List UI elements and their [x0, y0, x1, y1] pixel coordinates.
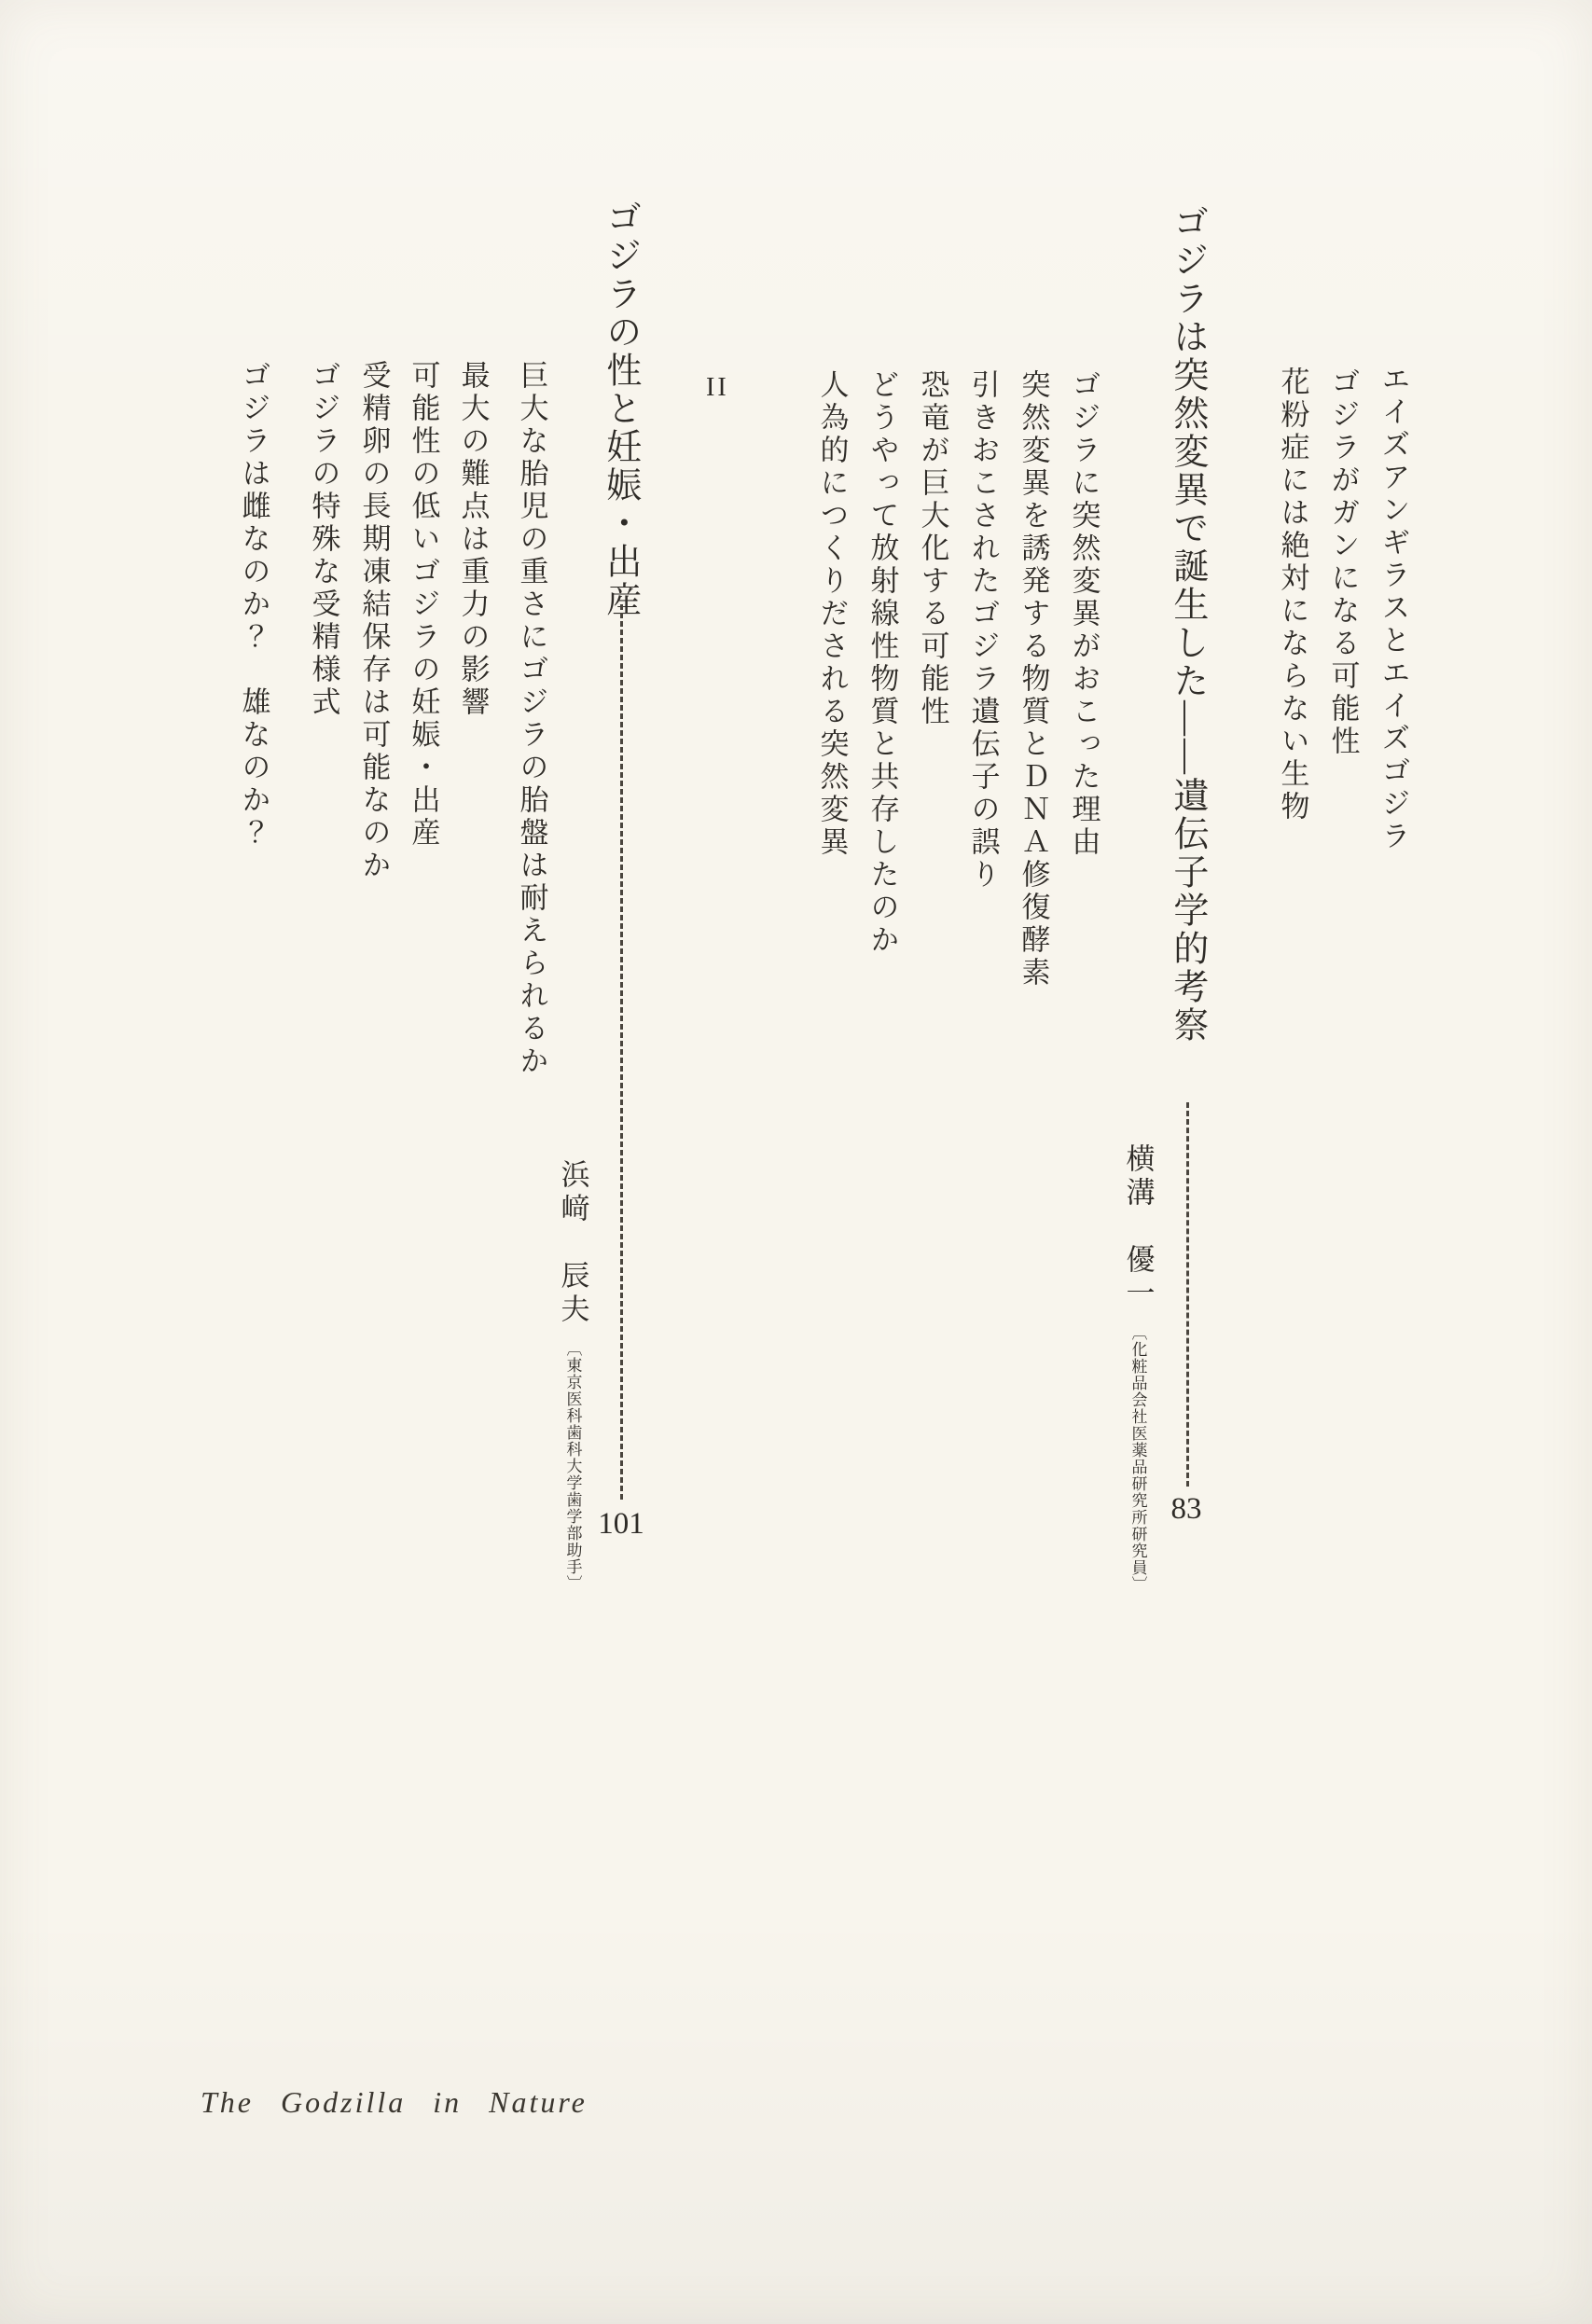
- dotted-leader: [620, 604, 623, 1500]
- chapter-title: ゴジラの性と妊娠・出産: [601, 199, 638, 619]
- toc-item: ゴジラに突然変異がおこった理由: [1068, 369, 1099, 859]
- author-block: 浜﨑 辰夫〔東京医科歯科大学歯学部助手〕: [557, 1159, 588, 1592]
- section-numeral: II: [706, 373, 729, 403]
- toc-item: ゴジラがガンになる可能性: [1327, 367, 1358, 758]
- author-block: 横溝 優一〔化粧品会社医薬品研究所研究員〕: [1122, 1143, 1153, 1593]
- toc-item: 人為的につくりだされる突然変異: [816, 369, 847, 859]
- page-number: 83: [1149, 1492, 1224, 1527]
- chapter-title: ゴジラは突然変異で誕生した――遺伝子学的考察: [1168, 203, 1205, 1044]
- toc-item: ゴジラの特殊な受精様式: [308, 360, 339, 719]
- page-number: 101: [584, 1507, 658, 1542]
- toc-item: 可能性の低いゴジラの妊娠・出産: [408, 360, 438, 850]
- author-name: 浜﨑 辰夫: [557, 1159, 589, 1327]
- toc-item: 最大の難点は重力の影響: [457, 360, 488, 719]
- toc-item: どうやって放射線性物質と共存したのか: [866, 369, 897, 957]
- toc-item: 恐竜が巨大化する可能性: [917, 369, 948, 728]
- toc-item: 引きおこされたゴジラ遺伝子の誤り: [967, 369, 998, 892]
- toc-item: 受精卵の長期凍結保存は可能なのか: [358, 360, 389, 882]
- author-name: 横溝 優一: [1122, 1143, 1155, 1311]
- toc-item: 花粉症には絶対にならない生物: [1277, 367, 1308, 823]
- book-title-english: The Godzilla in Nature: [201, 2085, 588, 2120]
- toc-item: 巨大な胎児の重さにゴジラの胎盤は耐えられるか: [516, 360, 547, 1078]
- author-affiliation: 〔化粧品会社医薬品研究所研究員〕: [1129, 1324, 1147, 1593]
- author-affiliation: 〔東京医科歯科大学歯学部助手〕: [564, 1340, 582, 1592]
- toc-page: エイズアンギラスとエイズゴジラ ゴジラがガンになる可能性 花粉症には絶対にならな…: [0, 0, 1592, 2324]
- toc-item: ゴジラは雌なのか？ 雄なのか？: [238, 360, 269, 850]
- toc-item: エイズアンギラスとエイズゴジラ: [1377, 364, 1408, 853]
- dotted-leader: [1186, 1102, 1189, 1487]
- toc-item: 突然変異を誘発する物質とＤＮＡ修復酵素: [1017, 369, 1048, 989]
